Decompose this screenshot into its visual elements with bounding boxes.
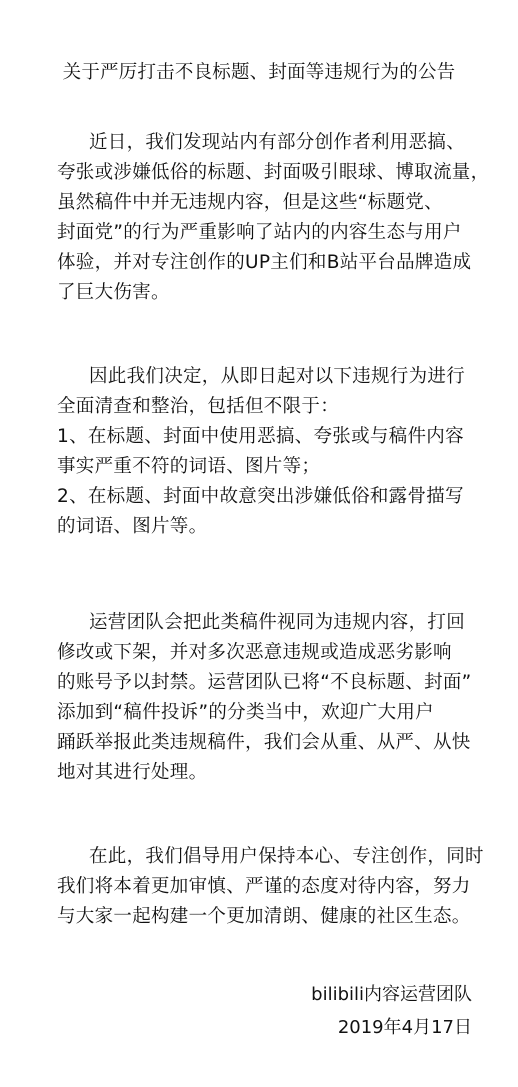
text-line: 我们将本着更加审慎、严谨的态度对待内容，努力: [57, 872, 477, 902]
text-line: 虽然稿件中并无违规内容，但是这些“标题党、: [57, 188, 477, 218]
paragraph-1: 近日，我们发现站内有部分创作者利用恶搞、 夸张或涉嫌低俗的标题、封面吸引眼球、博…: [57, 128, 477, 308]
text-line: 的词语、图片等。: [57, 512, 477, 542]
text-line: 封面党”的行为严重影响了站内的内容生态与用户: [57, 218, 477, 248]
paragraph-3: 运营团队会把此类稿件视同为违规内容，打回 修改或下架，并对多次恶意违规或造成恶劣…: [57, 608, 477, 788]
list-item-1: 1、在标题、封面中使用恶搞、夸张或与稿件内容: [57, 422, 477, 452]
signature-date: 2019年4月17日: [338, 1013, 472, 1043]
list-item-2: 2、在标题、封面中故意突出涉嫌低俗和露骨描写: [57, 482, 477, 512]
paragraph-4: 在此，我们倡导用户保持本心、专注创作，同时 我们将本着更加审慎、严谨的态度对待内…: [57, 842, 477, 932]
text-line: 的账号予以封禁。运营团队已将“不良标题、封面”: [57, 668, 477, 698]
text-line: 了巨大伤害。: [57, 278, 477, 308]
announcement-title: 关于严厉打击不良标题、封面等违规行为的公告: [0, 58, 518, 84]
paragraph-2: 因此我们决定，从即日起对以下违规行为进行 全面清查和整治，包括但不限于： 1、在…: [57, 362, 477, 542]
text-line: 全面清查和整治，包括但不限于：: [57, 392, 477, 422]
text-line: 运营团队会把此类稿件视同为违规内容，打回: [57, 608, 477, 638]
text-line: 与大家一起构建一个更加清朗、健康的社区生态。: [57, 902, 477, 932]
text-line: 因此我们决定，从即日起对以下违规行为进行: [57, 362, 477, 392]
text-line: 在此，我们倡导用户保持本心、专注创作，同时: [57, 842, 477, 872]
text-line: 夸张或涉嫌低俗的标题、封面吸引眼球、博取流量，: [57, 158, 477, 188]
text-line: 近日，我们发现站内有部分创作者利用恶搞、: [57, 128, 477, 158]
text-line: 体验，并对专注创作的UP主们和B站平台品牌造成: [57, 248, 477, 278]
text-line: 修改或下架，并对多次恶意违规或造成恶劣影响: [57, 638, 477, 668]
text-line: 添加到“稿件投诉”的分类当中，欢迎广大用户: [57, 698, 477, 728]
signature-team: bilibili内容运营团队: [311, 980, 472, 1010]
text-line: 地对其进行处理。: [57, 758, 477, 788]
text-line: 事实严重不符的词语、图片等；: [57, 452, 477, 482]
text-line: 踊跃举报此类违规稿件，我们会从重、从严、从快: [57, 728, 477, 758]
